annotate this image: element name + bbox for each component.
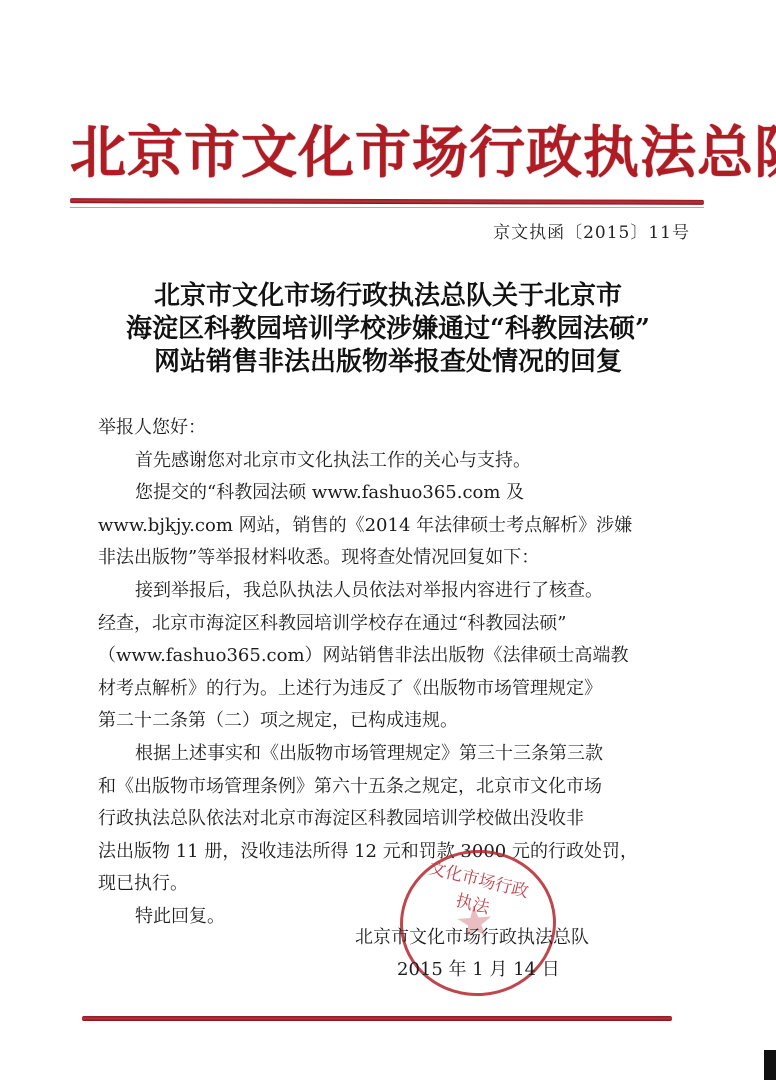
body-line: 您提交的“科教园法硕 www.fashuo365.com 及 [98,477,688,510]
body-line: 非法出版物”等举报材料收悉。现将查处情况回复如下： [98,542,688,575]
body-line: www.bjkjy.com 网站，销售的《2014 年法律硕士考点解析》涉嫌 [98,510,688,543]
title-line: 网站销售非法出版物举报查处情况的回复 [70,346,706,379]
document-body: 举报人您好： 首先感谢您对北京市文化执法工作的关心与支持。 您提交的“科教园法硕… [98,412,688,934]
letterhead-title: 北京市文化市场行政执法总队 [70,118,710,188]
salutation: 举报人您好： [98,412,688,445]
document-number: 京文执函〔2015〕11号 [493,218,690,243]
letterhead-red-rule [70,198,704,205]
scan-edge-shadow [764,1050,776,1080]
title-line: 海淀区科教园培训学校涉嫌通过“科教园法硕” [70,313,706,346]
signature-organization: 北京市文化市场行政执法总队 [355,922,589,954]
body-line: 行政执法总队依法对北京市海淀区科教园培训学校做出没收非 [98,803,688,836]
title-line: 北京市文化市场行政执法总队关于北京市 [70,280,706,313]
footer-red-rule [82,1016,672,1021]
signature-block: 北京市文化市场行政执法总队 2015 年 1 月 14 日 [355,922,589,986]
body-line: 经查，北京市海淀区科教园培训学校存在通过“科教园法硕” [98,608,688,641]
body-line: （www.fashuo365.com）网站销售非法出版物《法律硕士高端教 [98,640,688,673]
body-line: 第二十二条第（二）项之规定，已构成违规。 [98,705,688,738]
document-title: 北京市文化市场行政执法总队关于北京市 海淀区科教园培训学校涉嫌通过“科教园法硕”… [70,280,706,379]
body-line: 首先感谢您对北京市文化执法工作的关心与支持。 [98,445,688,478]
document-page: 北京市文化市场行政执法总队 京文执函〔2015〕11号 北京市文化市场行政执法总… [0,0,776,1080]
body-line: 接到举报后，我总队执法人员依法对举报内容进行了核查。 [98,575,688,608]
body-line: 和《出版物市场管理条例》第六十五条之规定，北京市文化市场 [98,771,688,804]
signature-date: 2015 年 1 月 14 日 [355,954,589,986]
body-line: 现已执行。 [98,868,688,901]
letterhead-thin-rule [70,207,704,208]
body-line: 法出版物 11 册，没收违法所得 12 元和罚款 3000 元的行政处罚， [98,836,688,869]
body-line: 根据上述事实和《出版物市场管理规定》第三十三条第三款 [98,738,688,771]
body-line: 材考点解析》的行为。上述行为违反了《出版物市场管理规定》 [98,673,688,706]
